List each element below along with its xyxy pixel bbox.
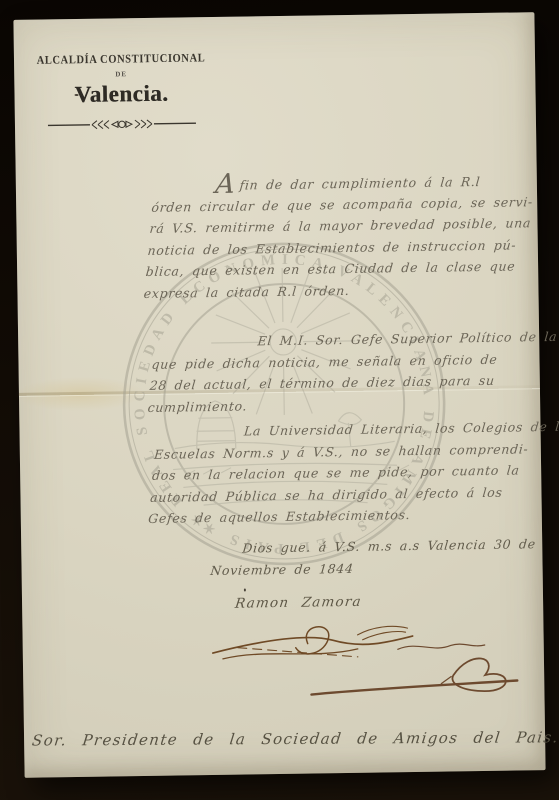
letterhead-city: Valencia. bbox=[32, 80, 210, 109]
ink-speck bbox=[244, 589, 246, 592]
line-text: fin de dar cumplimiento á la R.l bbox=[239, 174, 481, 193]
handwritten-line: Gefes de aquellos Establecimientos. bbox=[147, 502, 529, 529]
ornamental-divider bbox=[33, 115, 211, 139]
second-signature-rubric bbox=[303, 634, 529, 717]
paragraph-3: La Universidad Literaria, los Colegios d… bbox=[147, 416, 537, 529]
letterhead-de: DE bbox=[32, 69, 210, 80]
paragraph-2: El M.I. Sor. Gefe Superior Político de l… bbox=[147, 326, 535, 418]
ornamental-divider-art bbox=[46, 115, 198, 133]
letterhead-municipality: ALCALDÍA CONSTITUCIONAL bbox=[32, 52, 210, 67]
handwritten-line: Noviembre de 1844 bbox=[151, 555, 533, 582]
ink-speck bbox=[75, 94, 79, 96]
photo-background: ALCALDÍA CONSTITUCIONAL DE Valencia. bbox=[0, 0, 559, 800]
footer-address: Sor. Presidente de la Sociedad de Amigos… bbox=[31, 728, 538, 749]
document-paper: ALCALDÍA CONSTITUCIONAL DE Valencia. bbox=[13, 12, 545, 778]
paragraph-1: Afin de dar cumplimiento á la R.l órden … bbox=[143, 169, 535, 304]
letterhead: ALCALDÍA CONSTITUCIONAL DE Valencia. bbox=[32, 53, 211, 139]
closing-dateline: Dios gue. á V.S. m.s a.s Valencia 30 de … bbox=[151, 533, 535, 582]
signature-name: Ramon Zamora bbox=[234, 594, 363, 612]
